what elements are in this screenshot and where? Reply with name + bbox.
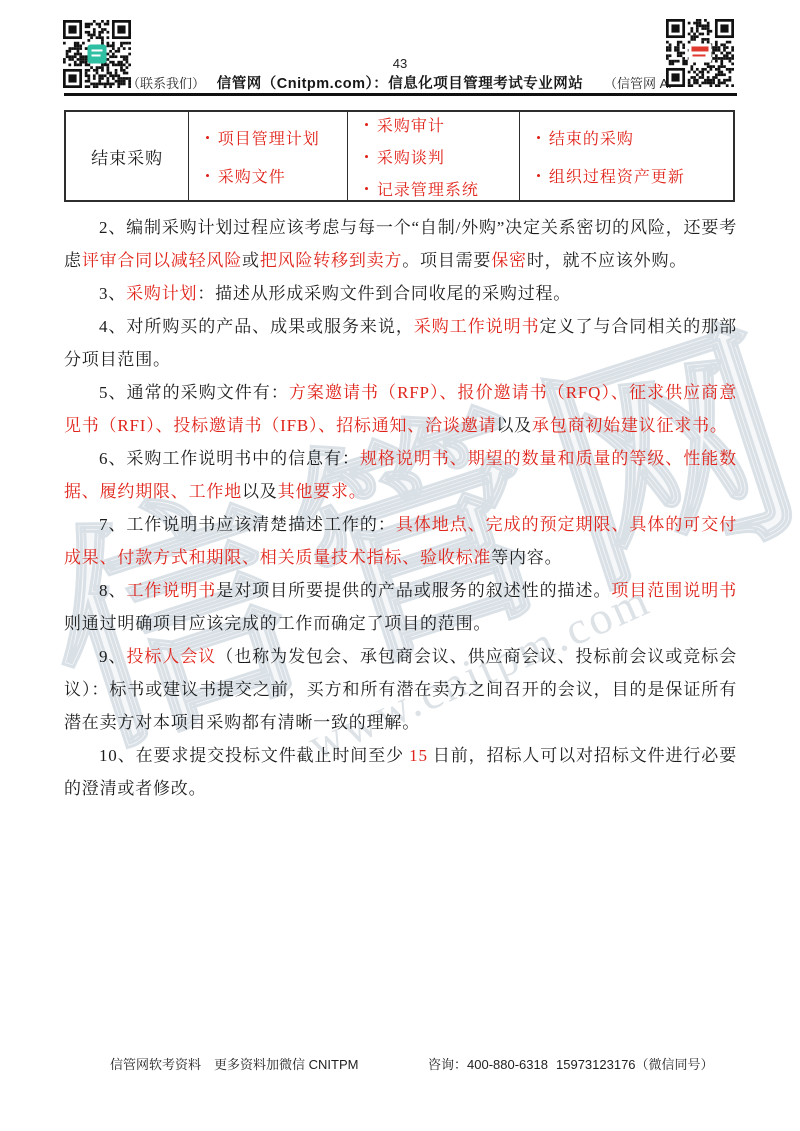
paragraph-2: 2、编制采购计划过程应该考虑与每一个“自制/外购”决定关系密切的风险，还要考虑评… bbox=[64, 211, 737, 277]
bullet-icon: • bbox=[364, 150, 370, 163]
bullet-label: 采购谈判 bbox=[377, 145, 445, 168]
text-run: 是对项目所要提供的产品或服务的叙述性的描述。 bbox=[216, 581, 611, 600]
highlighted-term: 保密 bbox=[491, 251, 527, 270]
bullet-icon: • bbox=[536, 169, 542, 182]
text-run: 5、通常的采购文件有： bbox=[99, 383, 289, 402]
highlighted-term: 承包商初始建议征求书。 bbox=[532, 416, 728, 435]
footer-wechat: 更多资料加微信 CNITPM bbox=[214, 1054, 358, 1073]
footer-brand: 信管网软考资料 bbox=[110, 1054, 201, 1073]
text-run: 10、在要求提交投标文件截止时间至少 bbox=[99, 746, 409, 765]
paragraph-9: 9、投标人会议（也称为发包会、承包商会议、供应商会议、投标前会议或竞标会议）：标… bbox=[64, 640, 737, 739]
bullet-label: 组织过程资产更新 bbox=[549, 164, 685, 187]
text-run: 6、采购工作说明书中的信息有： bbox=[99, 449, 360, 468]
bullet-label: 记录管理系统 bbox=[377, 177, 479, 200]
highlighted-term: 15 bbox=[409, 746, 428, 765]
header-divider bbox=[64, 93, 737, 96]
text-run: 等内容。 bbox=[491, 548, 562, 567]
bullet-icon: • bbox=[364, 182, 370, 195]
highlighted-term: 采购计划 bbox=[126, 284, 197, 303]
paragraph-7: 7、工作说明书应该清楚描述工作的：具体地点、完成的预定期限、具体的可交付成果、付… bbox=[64, 508, 737, 574]
process-name: 结束采购 bbox=[91, 144, 163, 169]
text-run: 时，就不应该外购。 bbox=[527, 251, 687, 270]
highlighted-term: 把风险转移到卖方 bbox=[260, 251, 402, 270]
footer-phone: 15973123176（微信同号） bbox=[556, 1054, 714, 1073]
highlighted-term: 评审合同以减轻风险 bbox=[82, 251, 242, 270]
paragraph-3: 3、采购计划：描述从形成采购文件到合同收尾的采购过程。 bbox=[64, 277, 737, 310]
table-cell-process-name: 结束采购 bbox=[66, 112, 188, 200]
text-run: 9、 bbox=[99, 647, 126, 666]
table-bullet-item: •采购谈判 bbox=[364, 145, 519, 168]
paragraph-4: 4、对所购买的产品、成果或服务来说，采购工作说明书定义了与合同相关的那部分项目范… bbox=[64, 310, 737, 376]
text-run: ：描述从形成采购文件到合同收尾的采购过程。 bbox=[197, 284, 571, 303]
table-bullet-item: •组织过程资产更新 bbox=[536, 164, 733, 187]
procurement-process-table: 结束采购 •项目管理计划•采购文件 •采购审计•采购谈判•记录管理系统 •结束的… bbox=[64, 110, 735, 202]
table-cell-tools: •采购审计•采购谈判•记录管理系统 bbox=[347, 112, 519, 200]
highlighted-term: 投标人会议 bbox=[126, 647, 216, 666]
bullet-icon: • bbox=[205, 169, 211, 182]
table-bullet-item: •结束的采购 bbox=[536, 126, 733, 149]
table-bullet-item: •项目管理计划 bbox=[205, 126, 347, 149]
body-text: 2、编制采购计划过程应该考虑与每一个“自制/外购”决定关系密切的风险，还要考虑评… bbox=[64, 211, 737, 805]
text-run: 。项目需要 bbox=[402, 251, 491, 270]
table-bullet-item: •采购文件 bbox=[205, 164, 347, 187]
table-bullet-item: •记录管理系统 bbox=[364, 177, 519, 200]
highlighted-term: 工作说明书 bbox=[126, 581, 216, 600]
text-run: 或 bbox=[242, 251, 260, 270]
qr-code-contact-icon bbox=[63, 20, 131, 93]
paragraph-5: 5、通常的采购文件有：方案邀请书（RFP）、报价邀请书（RFQ）、征求供应商意见… bbox=[64, 376, 737, 442]
table-cell-inputs: •项目管理计划•采购文件 bbox=[188, 112, 347, 200]
text-run: 7、工作说明书应该清楚描述工作的： bbox=[99, 515, 396, 534]
highlighted-term: 其他要求。 bbox=[278, 482, 367, 501]
text-run: 以及 bbox=[496, 416, 532, 435]
bullet-label: 项目管理计划 bbox=[218, 126, 320, 149]
text-run: 以及 bbox=[242, 482, 278, 501]
qr-code-app-icon bbox=[666, 19, 734, 92]
text-run: 则通过明确项目应该完成的工作而确定了项目的范围。 bbox=[64, 614, 491, 633]
text-run: 8、 bbox=[99, 581, 126, 600]
bullet-label: 采购文件 bbox=[218, 164, 286, 187]
table-bullet-item: •采购审计 bbox=[364, 113, 519, 136]
highlighted-term: 采购工作说明书 bbox=[414, 317, 540, 336]
document-page: 信管网 www.cnitpm.com （联系我们） 43 信管网（Cnitpm.… bbox=[0, 0, 800, 1131]
paragraph-10: 10、在要求提交投标文件截止时间至少 15 日前，招标人可以对招标文件进行必要的… bbox=[64, 739, 737, 805]
bullet-label: 采购审计 bbox=[377, 113, 445, 136]
bullet-label: 结束的采购 bbox=[549, 126, 634, 149]
page-footer: 信管网软考资料 更多资料加微信 CNITPM 咨询：400-880-6318 1… bbox=[0, 1054, 800, 1074]
paragraph-8: 8、工作说明书是对项目所要提供的产品或服务的叙述性的描述。项目范围说明书则通过明… bbox=[64, 574, 737, 640]
qr-contact-label: （联系我们） bbox=[127, 73, 205, 92]
text-run: 3、 bbox=[99, 284, 126, 303]
bullet-icon: • bbox=[205, 131, 211, 144]
highlighted-term: 项目范围说明书 bbox=[611, 581, 737, 600]
bullet-icon: • bbox=[536, 131, 542, 144]
bullet-icon: • bbox=[364, 118, 370, 131]
footer-hotline: 咨询：400-880-6318 bbox=[428, 1054, 548, 1073]
paragraph-6: 6、采购工作说明书中的信息有：规格说明书、期望的数量和质量的等级、性能数据、履约… bbox=[64, 442, 737, 508]
table-cell-outputs: •结束的采购•组织过程资产更新 bbox=[519, 112, 733, 200]
text-run: 4、对所购买的产品、成果或服务来说， bbox=[99, 317, 414, 336]
